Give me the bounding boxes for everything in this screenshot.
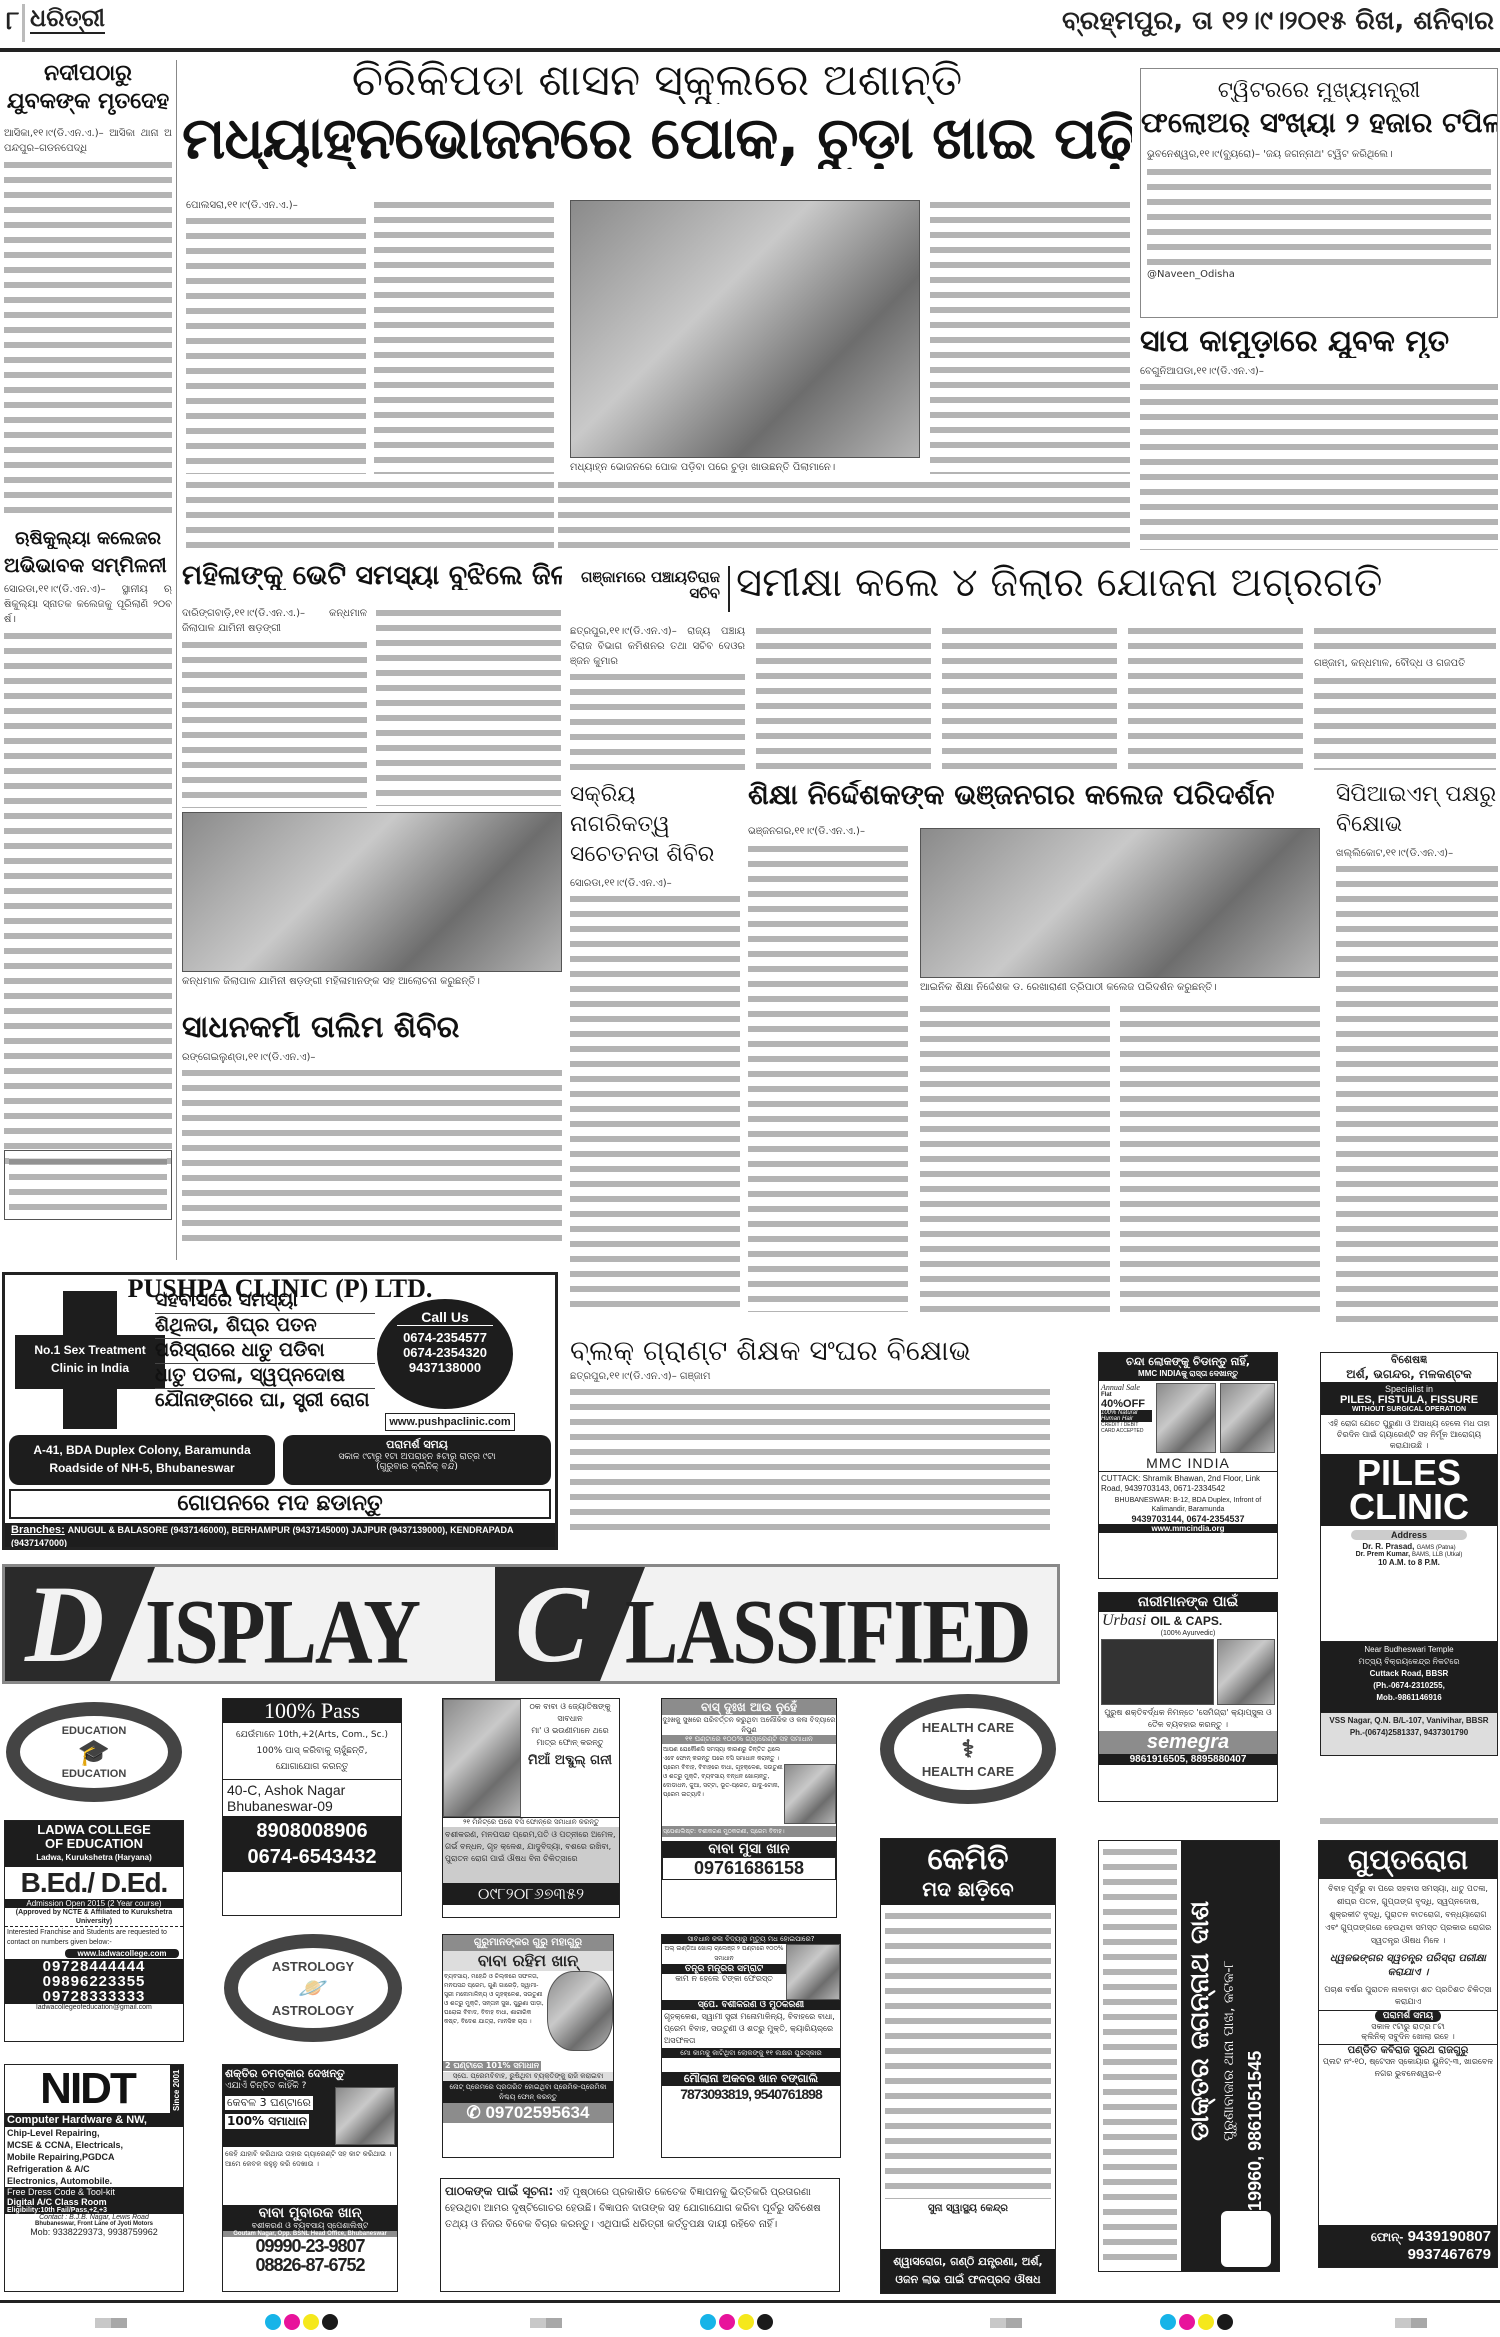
- column-rule: [176, 60, 177, 1260]
- story-body-text: [1140, 380, 1498, 550]
- boxed-note: [4, 1150, 172, 1220]
- story-body-col4: [1128, 624, 1303, 770]
- headline: ଫଲୋଅର୍ ସଂଖ୍ୟା ୨ ହଜାର ଟପିଲା: [1141, 108, 1497, 137]
- photo-caption: କନ୍ଧମାଳ ଜିଲାପାଳ ଯାମିନୀ ଷଡ଼ଙ୍ଗୀ ମହିଳାମାନଙ…: [182, 976, 562, 987]
- registration-mark: [990, 2318, 1022, 2328]
- cross-icon: No.1 Sex Treatment Clinic in India: [15, 1291, 165, 1429]
- ad-baba-mubarak: ଶକ୍ତିର ଚମତ୍କାର ଦେଖନ୍ତୁ ଏଯାଏଁ ଚିନ୍ତିତ କାହ…: [222, 2064, 398, 2292]
- phone: 0674-6543432: [223, 1844, 401, 1870]
- piles-address-block-2: VSS Nagar, Q.N. B/L-107, Vanivihar, BBSR…: [1320, 1712, 1498, 1756]
- registration-mark: [1395, 2318, 1427, 2328]
- kicker: ଚିରିକିପଡା ଶାସନ ସ୍କୁଲରେ ଅଶାନ୍ତି: [182, 58, 1132, 104]
- story-river-body: ନଦୀପଠାରୁ ଯୁବକଙ୍କ ମୃତଦେହ ଉଦ୍ଧାର ଆସିକା,୧୧।…: [4, 60, 172, 525]
- story-body-col3: [942, 624, 1117, 770]
- story-rushikulya: ଋଷିକୁଲ୍ୟା କଲେଜର ଅଭିଭାବକ ସମ୍ମିଳନୀ ଆଜି ସୋର…: [4, 530, 172, 1210]
- story-body-col2: [920, 1002, 1110, 1312]
- piles-address-block: Near Budheswari Temple ମତ୍ସ୍ୟ ବିକ୍ରୟକେନ୍…: [1320, 1642, 1498, 1712]
- story-body-text: [4, 158, 172, 518]
- color-bar: [265, 2314, 341, 2334]
- astrology-logo: ASTROLOGY 🪐 ASTROLOGY: [224, 1934, 402, 2042]
- photo-caption: ଆଇନିକ ଶିକ୍ଷା ନିର୍ଦ୍ଦେଶକ ଡ. ରେଖାରାଣୀ ତ୍ରି…: [920, 982, 1320, 993]
- ad-baba-musa: ବାସ୍ ଦୁଃଖ ଆଉ ନୁହେଁ ଦୁଃଖକୁ ସୁଖରେ ପରିବର୍ତ୍…: [661, 1698, 837, 1918]
- phone: 09728444444: [5, 1959, 183, 1974]
- registration-mark: [530, 2318, 562, 2328]
- doctor-logo: [1221, 2211, 1271, 2267]
- phone: 08826-87-6752: [223, 2256, 397, 2275]
- story-dateline: ଆସିକା,୧୧।୯(ଡି.ଏନ.ଏ.)– ଆସିକା ଥାନା ଅପନ୍ଦପୁ…: [4, 126, 172, 156]
- color-bar: [1160, 2314, 1236, 2334]
- phone: 0674-2354577: [377, 1330, 513, 1345]
- course: B.Ed./ D.Ed.: [5, 1867, 183, 1899]
- semegra-logo: semegra: [1099, 1731, 1277, 1754]
- story-cpim: ସିପିଆଇଏମ୍ ପକ୍ଷରୁ ବିକ୍ଷୋଭ ଖଲ୍ଲିକୋଟ,୧୧।୯(ଡ…: [1336, 780, 1498, 1320]
- masthead-divider: [22, 4, 25, 42]
- ad-100-pass: 100% Pass ଯେଉଁମାନେ 10th,+2(Arts, Com., S…: [222, 1698, 402, 1916]
- story-body-text: [182, 1066, 562, 1246]
- story-snippet: ଗଞ୍ଜାମ, କନ୍ଧମାଳ, ବୌଦ୍ଧ ଓ ଗଜପତି: [1314, 656, 1496, 672]
- caduceus-icon: ⚕: [962, 1735, 975, 1764]
- photo-sai: [786, 1944, 840, 2000]
- story-dateline: ବେଗୁନିଆପଡା,୧୧।୯(ଡି.ଏନ.ଏ)–: [1140, 364, 1498, 380]
- ad-pushpa-clinic: PUSHPA CLINIC (P) LTD. No.1 Sex Treatmen…: [2, 1272, 558, 1550]
- story-collector: ମହିଳାଙ୍କୁ ଭେଟି ସମସ୍ୟା ବୁଝିଲେ ଜିଲାପାଳ ଦାର…: [182, 562, 562, 1002]
- nidt-title: NIDT: [5, 2065, 170, 2113]
- story-education-director: ଶିକ୍ଷା ନିର୍ଦ୍ଦେଶକଙ୍କ ଭଞ୍ଜନଗର କଲେଜ ପରିଦର୍…: [748, 780, 1328, 1320]
- yellow-dot: [738, 2314, 754, 2330]
- story-body-col5b: [1314, 674, 1496, 770]
- headline: ସମୀକ୍ଷା କଲେ ୪ ଜିଲାର ଯୋଜନା ଅଗ୍ରଗତି: [736, 562, 1382, 604]
- banner-classified: LASSIFIED: [625, 1581, 1029, 1686]
- photo-collector-meeting: [182, 812, 562, 972]
- phone: 0674-2354320: [377, 1345, 513, 1360]
- story-body-col2: [374, 198, 554, 474]
- kicker: ଗଞ୍ଜାମରେ ପଞ୍ଚାୟତିରାଜ ସଚିବ: [570, 570, 720, 602]
- story-block-grant: ବ୍ଲକ୍ ଗ୍ରାଣ୍ଟ ଶିକ୍ଷକ ସଂଘର ବିକ୍ଷୋଭ ଛତ୍ରପୁ…: [570, 1336, 1050, 1546]
- problems-list: ସହବାସରେ ସମସ୍ୟା ଶିଥିଳତା, ଶିଘ୍ର ପତନ ପରିସ୍ର…: [155, 1289, 375, 1413]
- photo-after: [1220, 1383, 1275, 1453]
- graduation-cap-icon: 🎓: [78, 1737, 110, 1768]
- ad-doctor-vertical: ଡାକ୍ତର ଜଗନ୍ନାଥ ଦାଶ ପୁରୁଣାବାଜାର ଥାନା ପାଖ,…: [1098, 1840, 1280, 2272]
- magenta-dot: [1179, 2314, 1195, 2330]
- ad-piles-clinic: ବିଶେଷଜ୍ଞ ଅର୍ଶ, ଭଗନ୍ଦର, ମଳକଣ୍ଟକ Specialis…: [1320, 1352, 1498, 1642]
- mmc-website: www.mmcindia.org: [1099, 1524, 1277, 1533]
- story-dateline: ସୋରଡା,୧୧।୯(ଡି.ଏନ.ଏ)– ସ୍ଥାନୀୟ ଋଷିକୁଲ୍ୟା ସ…: [4, 582, 172, 627]
- story-dateline: ସୋରଡା,୧୧।୯(ଡି.ଏନ.ଏ)–: [570, 876, 740, 892]
- story-dateline: ଛତ୍ରପୁର,୧୧।୯(ଡି.ଏନ.ଏ)– ଗଞ୍ଜାମ: [570, 1369, 1050, 1385]
- headline: ସାଧନକର୍ମୀ ତାଲିମ ଶିବିର: [182, 1012, 562, 1044]
- call-label: Call Us: [397, 1309, 493, 1326]
- story-body-text: [4, 629, 172, 1169]
- story-body-text: [570, 892, 740, 1312]
- photo-before: [1156, 1383, 1215, 1453]
- masthead: ୮ ଧରିତ୍ରୀ ବ୍ରହ୍ମପୁର, ତା ୧୨।୯।୨୦୧୫ ରିଖ, ଶ…: [0, 0, 1500, 50]
- headline: ମହିଳାଙ୍କୁ ଭେଟି ସମସ୍ୟା ବୁଝିଲେ ଜିଲାପାଳ: [182, 562, 562, 590]
- magenta-dot: [719, 2314, 735, 2330]
- story-training: ସାଧନକର୍ମୀ ତାଲିମ ଶିବିର ରଙ୍ଗେଇଲୁଣ୍ଡା,୧୧।୯(…: [182, 1012, 562, 1262]
- ad-maulana-akbar: ସାବଧାନ କଳା ବିଦ୍ୟାରୁ ମୃତ୍ୟୁ ମଧ ହୋଇପାରେ? ଅ…: [661, 1934, 841, 2158]
- banner-display: ISPLAY: [145, 1581, 419, 1686]
- paper-logo: ଧରିତ୍ରୀ: [30, 4, 105, 34]
- education-logo: EDUCATION 🎓 EDUCATION: [6, 1702, 182, 1802]
- headline: ସକ୍ରିୟ ନାଗରିକତ୍ୱ ସଚେତନତା ଶିବିର: [570, 780, 740, 870]
- photo-woman: [1217, 1639, 1275, 1705]
- photo-director-visit: [920, 828, 1320, 978]
- kicker: ଟ୍ୱିଟରରେ ମୁଖ୍ୟମନ୍ତ୍ରୀ: [1141, 79, 1497, 102]
- story-dateline: ଭୁବନେଶ୍ୱର,୧୧।୯(ବ୍ୟୁରୋ)– 'ଜୟ ଜଗନ୍ନାଥ' ଟ୍ୱ…: [1147, 147, 1491, 163]
- story-lead: ଚିରିକିପଡା ଶାସନ ସ୍କୁଲରେ ଅଶାନ୍ତି ମଧ୍ୟାହ୍ନଭ…: [182, 58, 1132, 558]
- ad-kemiti: କେମିତି ମଦ ଛାଡ଼ିବେ ସୁନା ସ୍ୱାସ୍ଥ୍ୟ କେନ୍ଦ୍ର…: [880, 1838, 1056, 2294]
- story-panchayat: ଗଞ୍ଜାମରେ ପଞ୍ଚାୟତିରାଜ ସଚିବ ସମୀକ୍ଷା କଲେ ୪ …: [570, 562, 1498, 772]
- footer-rule: [0, 2300, 1500, 2303]
- story-dateline: ପୋଲସରା,୧୧।୯(ଡି.ଏନ.ଏ.)–: [186, 198, 366, 213]
- story-body-text: [1147, 165, 1491, 265]
- reader-notice: ପାଠକଙ୍କ ପାଇଁ ସୂଚନା: ଏହି ପୃଷ୍ଠାରେ ପ୍ରକାଶି…: [440, 2178, 840, 2292]
- black-dot: [1217, 2314, 1233, 2330]
- doctor-address: ପୁରୁଣାବାଜାର ଥାନା ପାଖ, କଟକ-୮: [1221, 1841, 1237, 2141]
- story-dateline: ରଙ୍ଗେଇଲୁଣ୍ଡା,୧୧।୯(ଡି.ଏନ.ଏ)–: [182, 1050, 562, 1066]
- story-snakebite: ସାପ କାମୁଡ଼ାରେ ଯୁବକ ମୃତ ବେଗୁନିଆପଡା,୧୧।୯(ଡ…: [1140, 326, 1498, 556]
- page-number: ୮: [6, 6, 20, 37]
- magenta-dot: [284, 2314, 300, 2330]
- story-body-col1: [182, 638, 367, 808]
- cyan-dot: [265, 2314, 281, 2330]
- cyan-dot: [1160, 2314, 1176, 2330]
- phone: 7873093819, 9540761898: [662, 2086, 840, 2102]
- color-bar: [700, 2314, 776, 2334]
- phone: ୦୯୮୨୦୮୬୭୩୫୨: [443, 1883, 619, 1905]
- phone: 09896223355: [5, 1974, 183, 1989]
- branches: Branches: ANUGUL & BALASORE (9437146000)…: [5, 1523, 555, 1549]
- urbasi-brand: Urbasi: [1102, 1612, 1146, 1630]
- story-body-text: [570, 1385, 1050, 1535]
- photo-caption: ମଧ୍ୟାହ୍ନ ଭୋଜନରେ ପୋକ ପଡ଼ିବା ପରେ ଚୁଡ଼ା ଖାଉ…: [570, 462, 920, 473]
- cross-text: No.1 Sex Treatment Clinic in India: [21, 1341, 159, 1377]
- headline: ସିପିଆଇଏମ୍ ପକ୍ଷରୁ ବିକ୍ଷୋଭ: [1336, 780, 1498, 840]
- whatsapp-icon: ✆: [467, 2103, 486, 2122]
- story-dateline: ଖଲ୍ଲିକୋଟ,୧୧।୯(ଡି.ଏନ.ଏ)–: [1336, 846, 1498, 862]
- story-body-col3: [1120, 1002, 1320, 1312]
- timing-box: ପରାମର୍ଶ ସମୟ ସକାଳ ୯ଟାରୁ ୧ଟା ଅପରାହ୍ନ ୫ଟାରୁ…: [283, 1435, 551, 1485]
- story-body-col5: [1314, 624, 1496, 654]
- photo-children-eating: [570, 200, 920, 458]
- story-body-col1: [570, 670, 745, 770]
- twitter-handle: @Naveen_Odisha: [1147, 267, 1491, 283]
- phone: 9437138000: [377, 1360, 513, 1375]
- photo-sai: [547, 1971, 613, 2051]
- cyan-dot: [700, 2314, 716, 2330]
- ad-mmc-india: ଚନ୍ଦା ଲୋକଙ୍କୁ ଚିଡାନ୍ତୁ ନାହିଁ, MMC INDIAକ…: [1098, 1352, 1278, 1579]
- call-us-starburst: Call Us 0674-2354577 0674-2354320 943713…: [377, 1299, 513, 1409]
- story-body-col2: [756, 624, 931, 770]
- mmc-brand: MMC INDIA: [1099, 1455, 1277, 1472]
- slogan: ଗୋପନରେ ମଦ ଛଡାନ୍ତୁ: [9, 1489, 551, 1519]
- phone: 9937467679: [1408, 2246, 1491, 2263]
- discount: 40%OFF: [1101, 1398, 1152, 1410]
- headline: ଶିକ୍ଷା ନିର୍ଦ୍ଦେଶକଙ୍କ ଭଞ୍ଜନଗର କଲେଜ ପରିଦର୍…: [748, 780, 1328, 809]
- mmc-headline: ଚନ୍ଦା ଲୋକଙ୍କୁ ଚିଡାନ୍ତୁ ନାହିଁ, MMC INDIAକ…: [1099, 1353, 1277, 1381]
- gupta-title: ଗୁପ୍ତରୋଗ: [1319, 1841, 1497, 1879]
- phone: ✆ 09702595634: [443, 2103, 613, 2123]
- health-care-logo: HEALTH CARE ⚕ HEALTH CARE: [880, 1694, 1056, 1804]
- story-body-text: [1336, 862, 1498, 1322]
- story-body-col1: [748, 842, 908, 1312]
- photo-baba: [335, 2087, 395, 2145]
- story-body-bottom: [558, 478, 1130, 553]
- planets-icon: 🪐: [298, 1974, 328, 2003]
- divider: [1320, 1818, 1498, 1824]
- headline: ସାପ କାମୁଡ଼ାରେ ଯୁବକ ମୃତ: [1140, 326, 1498, 358]
- masthead-rule: [0, 48, 1500, 52]
- phone: 09728333333: [5, 1989, 183, 2004]
- phone: 8908008906: [223, 1818, 401, 1844]
- address: A-41, BDA Duplex Colony, Baramunda Roads…: [9, 1435, 275, 1485]
- headline: ମଧ୍ୟାହ୍ନଭୋଜନରେ ପୋକ, ଚୁଡ଼ା ଖାଇ ପଢ଼ିଲେ ପିଲ…: [182, 108, 1132, 169]
- dateline: ବ୍ରହ୍ମପୁର, ତା ୧୨।୯।୨୦୧୫ ରିଖ, ଶନିବାର: [1062, 6, 1494, 37]
- urbasi-heading: ନାରୀମାନଙ୍କ ପାଇଁ: [1099, 1593, 1277, 1612]
- story-body-col3: [930, 198, 1130, 474]
- story-dateline: ଛତ୍ରପୁର,୧୧।୯(ଡି.ଏନ.ଏ)– ରାଜ୍ୟ ପଞ୍ଚାୟତିରାଜ…: [570, 624, 745, 668]
- black-dot: [322, 2314, 338, 2330]
- story-dateline: ଭଞ୍ଜନଗର,୧୧।୯(ଡି.ଏନ.ଏ.)–: [748, 824, 908, 840]
- photo-abdul: [443, 1699, 521, 1817]
- story-dateline: ଦାରିଙ୍ଗବାଡ଼ି,୧୧।୯(ଡି.ଏନ.ଏ.)– କନ୍ଧମାଳ ଜିଲ…: [182, 606, 367, 636]
- display-classified-banner: D ISPLAY C LASSIFIED: [2, 1564, 1060, 1684]
- ad-body-text: [885, 1909, 1051, 2199]
- doctor-phones: 9437019960, 9861051545: [1245, 1841, 1266, 2261]
- phone: 09761686158: [662, 1857, 836, 1880]
- photo-horses: [1101, 1639, 1214, 1705]
- phone: 9439190807: [1408, 2228, 1491, 2245]
- headline: ନଦୀପଠାରୁ ଯୁବକଙ୍କ ମୃତଦେହ ଉଦ୍ଧାର: [4, 60, 172, 120]
- ad-gupta-roga: ଗୁପ୍ତରୋଗ ବିବାହ ପୂର୍ବରୁ ବା ପରେ ସହବାସ ସମସ୍…: [1318, 1840, 1498, 2268]
- black-dot: [757, 2314, 773, 2330]
- story-twitter: ଟ୍ୱିଟରରେ ମୁଖ୍ୟମନ୍ତ୍ରୀ ଫଲୋଅର୍ ସଂଖ୍ୟା ୨ ହଜ…: [1140, 68, 1498, 318]
- banner-d-letter: D: [25, 1561, 104, 1688]
- story-body-col2: [376, 606, 561, 806]
- kicker-divider: [728, 566, 730, 612]
- headline: ବ୍ଲକ୍ ଗ୍ରାଣ୍ଟ ଶିକ୍ଷକ ସଂଘର ବିକ୍ଷୋଭ: [570, 1336, 1050, 1365]
- piles-clinic-title: PILES CLINIC: [1321, 1454, 1497, 1526]
- website: www.pushpaclinic.com: [385, 1413, 515, 1431]
- yellow-dot: [1198, 2314, 1214, 2330]
- registration-mark: [95, 2318, 127, 2328]
- photo-sai: [784, 1764, 836, 1824]
- ad-baba-rahim: ଗୁରୁମାନଙ୍କର ଗୁରୁ ମହାଗୁରୁ ବାବା ରହିମ ଖାନ୍ …: [442, 1934, 614, 2158]
- story-body-bottom-left: [186, 478, 554, 553]
- kicker: ଋଷିକୁଲ୍ୟା କଲେଜର: [4, 530, 172, 549]
- pass-title: 100% Pass: [223, 1699, 401, 1723]
- ad-body-text: [1103, 1845, 1177, 2267]
- ad-urbasi: ନାରୀମାନଙ୍କ ପାଇଁ Urbasi OIL & CAPS. (100%…: [1098, 1592, 1278, 1802]
- story-awareness: ସକ୍ରିୟ ନାଗରିକତ୍ୱ ସଚେତନତା ଶିବିର ସୋରଡା,୧୧।…: [570, 780, 740, 1280]
- phone: 09990-23-9807: [223, 2237, 397, 2256]
- ad-nidt: NIDT Since 2001 Computer Hardware & NW, …: [4, 2064, 184, 2292]
- doctor-name: ଡାକ୍ତର ଜଗନ୍ନାଥ ଦାଶ: [1185, 1841, 1215, 2141]
- yellow-dot: [303, 2314, 319, 2330]
- banner-c-letter: C: [515, 1561, 588, 1688]
- ad-ladwa-college: LADWA COLLEGE OF EDUCATION Ladwa, Kuruks…: [4, 1820, 184, 2042]
- ad-abdul-gani: ଠକ ବାବା ଓ ଜ୍ୟୋତିଷଙ୍କୁ ସାବଧାନ ମା' ଓ ଭଉଣୀମ…: [442, 1698, 620, 1918]
- story-body-col1: [186, 214, 366, 474]
- headline: ଅଭିଭାବକ ସମ୍ମିଳନୀ ଆଜି: [4, 555, 172, 576]
